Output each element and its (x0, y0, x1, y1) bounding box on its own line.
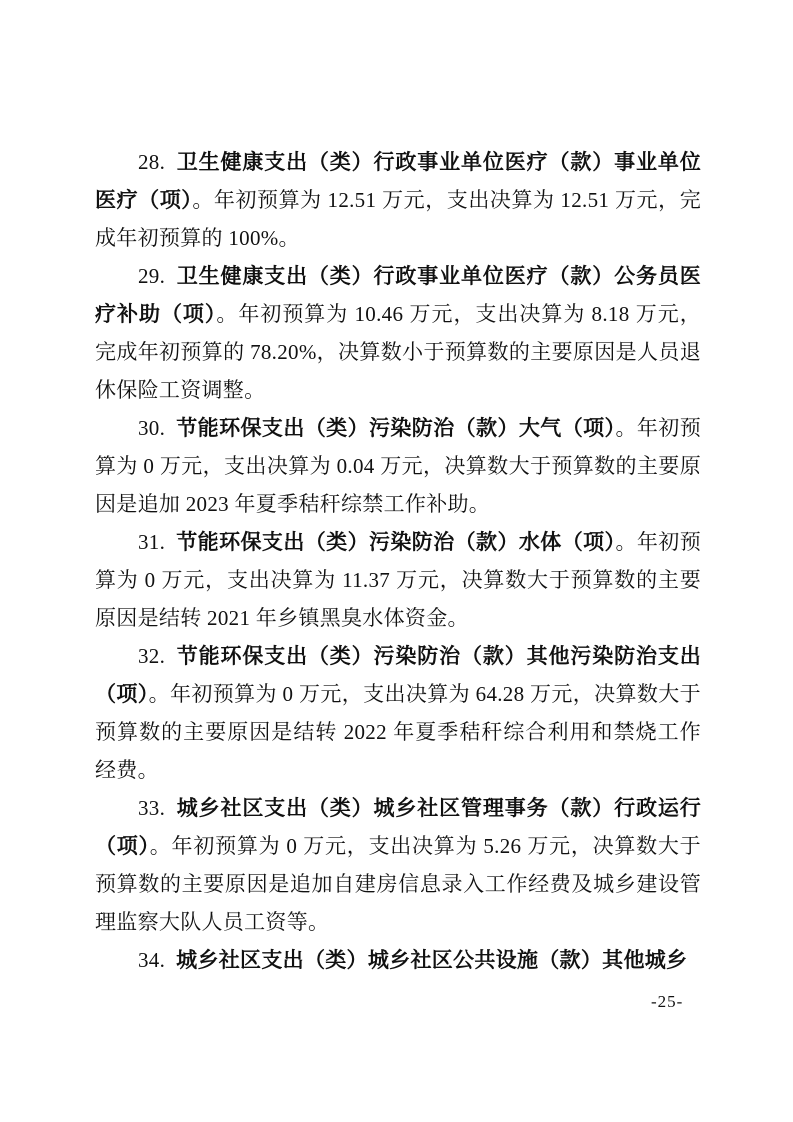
document-page: 28.卫生健康支出（类）行政事业单位医疗（款）事业单位医疗（项）。年初预算为 1… (0, 0, 793, 1122)
paragraph-28: 28.卫生健康支出（类）行政事业单位医疗（款）事业单位医疗（项）。年初预算为 1… (95, 143, 701, 257)
paragraph-heading: 节能环保支出（类）污染防治（款）大气（项） (176, 416, 615, 440)
paragraph-heading: 节能环保支出（类）污染防治（款）水体（项） (176, 530, 615, 554)
paragraph-34: 34.城乡社区支出（类）城乡社区公共设施（款）其他城乡 (95, 941, 701, 979)
paragraph-number: 32. (138, 644, 165, 668)
page-number: -25- (651, 991, 683, 1013)
paragraph-number: 31. (138, 530, 165, 554)
paragraph-31: 31.节能环保支出（类）污染防治（款）水体（项）。年初预算为 0 万元，支出决算… (95, 523, 701, 637)
paragraph-number: 29. (138, 264, 165, 288)
paragraph-body: 。年初预算为 0 万元，支出决算为 5.26 万元，决算数大于预算数的主要原因是… (95, 834, 701, 934)
paragraph-number: 30. (138, 416, 165, 440)
paragraph-30: 30.节能环保支出（类）污染防治（款）大气（项）。年初预算为 0 万元，支出决算… (95, 409, 701, 523)
paragraph-29: 29.卫生健康支出（类）行政事业单位医疗（款）公务员医疗补助（项）。年初预算为 … (95, 257, 701, 409)
paragraph-number: 34. (138, 948, 165, 972)
paragraph-number: 28. (138, 150, 165, 174)
paragraph-number: 33. (138, 796, 165, 820)
paragraph-body: 。年初预算为 0 万元，支出决算为 64.28 万元，决算数大于预算数的主要原因… (95, 682, 701, 782)
paragraph-32: 32.节能环保支出（类）污染防治（款）其他污染防治支出（项）。年初预算为 0 万… (95, 637, 701, 789)
document-body: 28.卫生健康支出（类）行政事业单位医疗（款）事业单位医疗（项）。年初预算为 1… (95, 143, 701, 979)
paragraph-heading: 城乡社区支出（类）城乡社区公共设施（款）其他城乡 (176, 948, 687, 972)
paragraph-33: 33.城乡社区支出（类）城乡社区管理事务（款）行政运行（项）。年初预算为 0 万… (95, 789, 701, 941)
